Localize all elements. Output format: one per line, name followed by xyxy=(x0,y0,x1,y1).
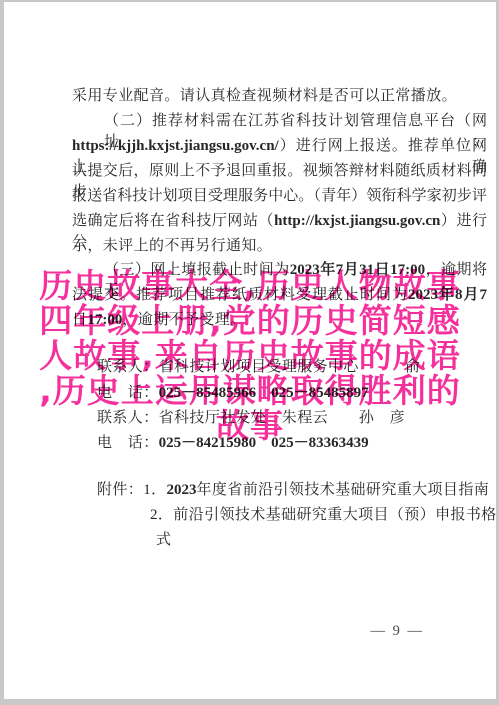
document-line: 电 话：025－84215980 025－83363439 xyxy=(97,433,369,454)
document-text: 附件：1． xyxy=(97,482,167,498)
document-line: 式 xyxy=(156,530,171,551)
document-line: 联系人：省科技计划项目受理服务中心 俞 xyxy=(97,357,451,378)
document-text: 2．前沿引领技术基础研究重大项目（预）申报书格 xyxy=(150,507,497,523)
document-text: 示，未评上的不再另行通知。 xyxy=(72,238,272,254)
document-line: 联系人：省科技厅社发处 朱程云 孙 彦 xyxy=(97,408,405,429)
document-text-bold: 2023年7月31日17:00 xyxy=(290,262,425,278)
document-text: 电 话： xyxy=(97,435,159,451)
document-line: 示，未评上的不再另行通知。 xyxy=(72,236,272,257)
document-text-bold: 2023年8月7 xyxy=(408,287,487,303)
document-text-bold: 2023 xyxy=(167,482,197,498)
document-line: 附件：1．2023年度省前沿引领技术基础研究重大项目指南 xyxy=(97,480,489,501)
document-text: 报送省科技计划项目受理服务中心。（青年）领衔科学家初步评 xyxy=(72,188,487,204)
document-line: 2．前沿引领技术基础研究重大项目（预）申报书格 xyxy=(150,505,497,526)
document-line: 电 话：025－85485966 025－85485897 xyxy=(97,383,369,404)
document-text: 联系人：省科技计划项目受理服务中心 俞 xyxy=(97,359,451,375)
document-text-bold: https://kjjh.kxjst.jiangsu.gov.cn/ xyxy=(72,138,279,154)
document-text: 日 xyxy=(72,312,87,328)
document-text: 电 话： xyxy=(97,385,159,401)
document-line: 采用专业配音。请认真检查视频材料是否可以正常播放。 xyxy=(72,86,457,107)
document-text-bold: 17:00 xyxy=(87,312,122,328)
document-text-bold: http://kxjst.jiangsu.gov.cn xyxy=(274,213,440,229)
document-text: 年度省前沿引领技术基础研究重大项目指南 xyxy=(197,482,490,498)
document-text: 采用专业配音。请认真检查视频材料是否可以正常播放。 xyxy=(72,88,457,104)
document-text: 法提交。推荐项目推荐纸质材料受理截止时间为 xyxy=(72,287,408,303)
document-text: 联系人：省科技厅社发处 朱程云 孙 彦 xyxy=(97,410,405,426)
document-text: （三）网上填报截止时间为 xyxy=(104,262,290,278)
document-page: 采用专业配音。请认真检查视频材料是否可以正常播放。（二）推荐材料需在江苏省科技计… xyxy=(4,2,496,699)
document-body: 采用专业配音。请认真检查视频材料是否可以正常播放。（二）推荐材料需在江苏省科技计… xyxy=(4,2,496,699)
scanned-document-screenshot: 采用专业配音。请认真检查视频材料是否可以正常播放。（二）推荐材料需在江苏省科技计… xyxy=(0,0,499,705)
document-line: 法提交。推荐项目推荐纸质材料受理截止时间为2023年8月7 xyxy=(72,285,487,306)
document-text-bold: 025－84215980 025－83363439 xyxy=(159,435,369,451)
document-text: ，逾期不予受理。 xyxy=(122,312,245,328)
document-text: 式 xyxy=(156,532,171,548)
document-text: 选确定后将在省科技厅网站（ xyxy=(72,213,274,229)
page-number: — 9 — xyxy=(371,623,425,640)
document-line: 报送省科技计划项目受理服务中心。（青年）领衔科学家初步评 xyxy=(72,186,487,207)
document-text-bold: 025－85485966 025－85485897 xyxy=(159,385,369,401)
document-line: 日17:00，逾期不予受理。 xyxy=(72,310,246,331)
